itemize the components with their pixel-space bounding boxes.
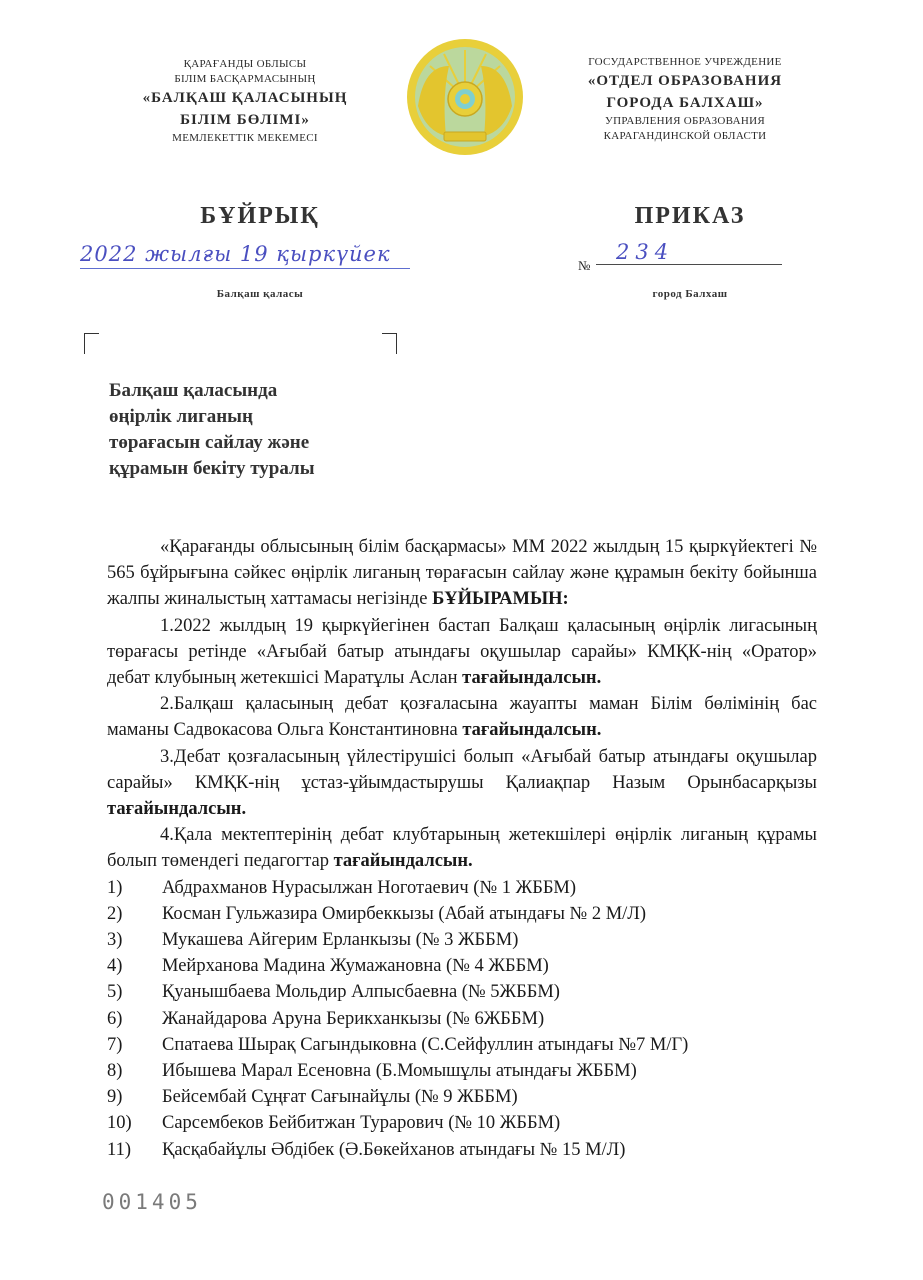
- header-line: ГОСУДАРСТВЕННОЕ УЧРЕЖДЕНИЕ: [560, 55, 810, 70]
- corner-mark-left: [84, 333, 99, 354]
- header-line: «ОТДЕЛ ОБРАЗОВАНИЯ: [560, 70, 810, 92]
- handwritten-date: 2022 жылғы 19 қыркүйек: [80, 242, 410, 269]
- item-number: 3): [107, 927, 162, 953]
- item-number: 9): [107, 1084, 162, 1110]
- subject-line: өңірлік лиганың: [109, 404, 409, 430]
- item-bold: тағайындалсын.: [462, 720, 601, 740]
- serial-number: 001405: [102, 1190, 202, 1214]
- list-item: 1)Абдрахманов Нурасылжан Ноготаевич (№ 1…: [107, 875, 817, 901]
- handwritten-order-number: 234: [596, 240, 782, 265]
- member-name: Косман Гульжазира Омирбеккызы (Абай атын…: [162, 901, 646, 927]
- subject-line: төрағасын сайлау және: [109, 430, 409, 456]
- header-line: УПРАВЛЕНИЯ ОБРАЗОВАНИЯ: [560, 114, 810, 129]
- header-line: ҚАРАҒАНДЫ ОБЛЫСЫ: [120, 57, 370, 72]
- order-item: 4.Қала мектептерінің дебат клубтарының ж…: [107, 822, 817, 874]
- header-line: КАРАГАНДИНСКОЙ ОБЛАСТИ: [560, 129, 810, 144]
- list-item: 9)Бейсембай Сұңғат Сағынайұлы (№ 9 ЖББМ): [107, 1084, 817, 1110]
- item-bold: тағайындалсын.: [462, 668, 601, 688]
- item-bold: тағайындалсын.: [334, 851, 473, 871]
- member-name: Мейрханова Мадина Жумажановна (№ 4 ЖББМ): [162, 953, 549, 979]
- header-line: ГОРОДА БАЛХАШ»: [560, 92, 810, 114]
- header-russian: ГОСУДАРСТВЕННОЕ УЧРЕЖДЕНИЕ «ОТДЕЛ ОБРАЗО…: [560, 55, 810, 144]
- list-item: 10)Сарсембеков Бейбитжан Турарович (№ 10…: [107, 1110, 817, 1136]
- item-number: 4): [107, 953, 162, 979]
- item-bold: тағайындалсын.: [107, 799, 246, 819]
- list-item: 11)Қасқабайұлы Әбдібек (Ә.Бөкейханов аты…: [107, 1137, 817, 1163]
- header-line: БІЛІМ БӨЛІМІ»: [120, 109, 370, 131]
- member-name: Қасқабайұлы Әбдібек (Ә.Бөкейханов атында…: [162, 1137, 625, 1163]
- member-name: Мукашева Айгерим Ерланкызы (№ 3 ЖББМ): [162, 927, 518, 953]
- order-title-kazakh: БҰЙРЫҚ: [160, 203, 360, 230]
- corner-mark-right: [382, 333, 397, 354]
- city-russian: город Балхаш: [600, 288, 780, 300]
- list-item: 6)Жанайдарова Аруна Берикханкызы (№ 6ЖББ…: [107, 1006, 817, 1032]
- list-item: 2)Косман Гульжазира Омирбеккызы (Абай ат…: [107, 901, 817, 927]
- list-item: 3)Мукашева Айгерим Ерланкызы (№ 3 ЖББМ): [107, 927, 817, 953]
- item-number: 1): [107, 875, 162, 901]
- list-item: 8)Ибышева Марал Есеновна (Б.Момышұлы аты…: [107, 1058, 817, 1084]
- list-item: 7)Спатаева Шырақ Сагындыковна (С.Сейфулл…: [107, 1032, 817, 1058]
- member-name: Қуанышбаева Мольдир Алпысбаевна (№ 5ЖББМ…: [162, 979, 560, 1005]
- state-emblem-icon: [404, 36, 526, 158]
- item-number: 8): [107, 1058, 162, 1084]
- member-name: Абдрахманов Нурасылжан Ноготаевич (№ 1 Ж…: [162, 875, 576, 901]
- subject-line: Балқаш қаласында: [109, 378, 409, 404]
- header-line: «БАЛҚАШ ҚАЛАСЫНЫҢ: [120, 87, 370, 109]
- member-name: Спатаева Шырақ Сагындыковна (С.Сейфуллин…: [162, 1032, 688, 1058]
- member-name: Бейсембай Сұңғат Сағынайұлы (№ 9 ЖББМ): [162, 1084, 518, 1110]
- order-item: 2.Балқаш қаласының дебат қозғаласына жау…: [107, 691, 817, 743]
- order-subject: Балқаш қаласында өңірлік лиганың төрағас…: [109, 378, 409, 482]
- item-number: 2): [107, 901, 162, 927]
- member-name: Жанайдарова Аруна Берикханкызы (№ 6ЖББМ): [162, 1006, 544, 1032]
- member-name: Ибышева Марал Есеновна (Б.Момышұлы атынд…: [162, 1058, 637, 1084]
- item-number: 7): [107, 1032, 162, 1058]
- order-title-russian: ПРИКАЗ: [600, 203, 780, 230]
- header-line: БІЛІМ БАСҚАРМАСЫНЫҢ: [120, 72, 370, 87]
- preamble-paragraph: «Қарағанды облысының білім басқармасы» М…: [107, 534, 817, 613]
- city-kazakh: Балқаш қаласы: [160, 288, 360, 300]
- header-line: МЕМЛЕКЕТТІК МЕКЕМЕСІ: [120, 131, 370, 146]
- header-kazakh: ҚАРАҒАНДЫ ОБЛЫСЫ БІЛІМ БАСҚАРМАСЫНЫҢ «БА…: [120, 57, 370, 146]
- item-number: 5): [107, 979, 162, 1005]
- list-item: 5)Қуанышбаева Мольдир Алпысбаевна (№ 5ЖБ…: [107, 979, 817, 1005]
- order-item: 1.2022 жылдың 19 қыркүйегінен бастап Бал…: [107, 613, 817, 692]
- member-name: Сарсембеков Бейбитжан Турарович (№ 10 ЖБ…: [162, 1110, 560, 1136]
- item-number: 6): [107, 1006, 162, 1032]
- order-number-label: №: [578, 258, 590, 274]
- item-number: 10): [107, 1110, 162, 1136]
- members-list: 1)Абдрахманов Нурасылжан Ноготаевич (№ 1…: [107, 875, 817, 1163]
- order-item: 3.Дебат қозғаласының үйлестірушісі болып…: [107, 744, 817, 823]
- order-body: «Қарағанды облысының білім басқармасы» М…: [107, 534, 817, 1163]
- list-item: 4)Мейрханова Мадина Жумажановна (№ 4 ЖББ…: [107, 953, 817, 979]
- item-number: 11): [107, 1137, 162, 1163]
- command-text: БҰЙЫРАМЫН:: [432, 589, 569, 609]
- subject-line: құрамын бекіту туралы: [109, 456, 409, 482]
- item-text: 3.Дебат қозғаласының үйлестірушісі болып…: [107, 747, 817, 793]
